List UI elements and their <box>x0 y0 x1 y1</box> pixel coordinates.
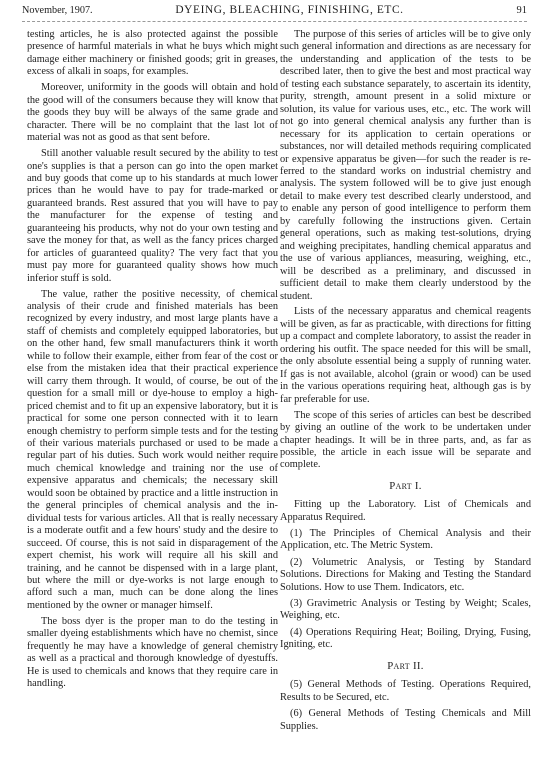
outline-item: (1) The Principles of Chemical Analysis … <box>280 528 531 553</box>
outline-item: (2) Volumetric Analysis, or Testing by S… <box>280 557 531 594</box>
page-number: 91 <box>497 5 527 16</box>
outline-item: (4) Operations Requiring Heat; Boiling, … <box>280 627 531 652</box>
left-column: testing articles, he is also protected a… <box>27 29 278 694</box>
paragraph: The value, rather the positive necessity… <box>27 289 278 613</box>
paragraph: Still another valuable result secured by… <box>27 148 278 285</box>
paragraph: The scope of this series of articles can… <box>280 410 531 472</box>
paragraph: The purpose of this series of articles w… <box>280 29 531 303</box>
paragraph: Lists of the necessary apparatus and che… <box>280 306 531 406</box>
outline-item: (5) General Methods of Testing. Operatio… <box>280 679 531 704</box>
right-column: The purpose of this series of articles w… <box>280 29 531 737</box>
section-heading-part-1: Part I. <box>280 480 531 492</box>
paragraph: testing articles, he is also protected a… <box>27 29 278 79</box>
part-1-intro: Fitting up the Laboratory. List of Chemi… <box>280 499 531 524</box>
section-heading-part-2: Part II. <box>280 660 531 672</box>
journal-title: DYEING, BLEACHING, FINISHING, ETC. <box>82 4 497 16</box>
header-divider <box>22 21 527 22</box>
running-header: November, 1907. DYEING, BLEACHING, FINIS… <box>22 4 527 22</box>
paragraph: The boss dyer is the proper man to do th… <box>27 616 278 691</box>
outline-item: (3) Gravimetric Analysis or Testing by W… <box>280 598 531 623</box>
outline-item: (6) General Methods of Testing Chemicals… <box>280 708 531 733</box>
paragraph: Moreover, uniformity in the goods will o… <box>27 82 278 144</box>
